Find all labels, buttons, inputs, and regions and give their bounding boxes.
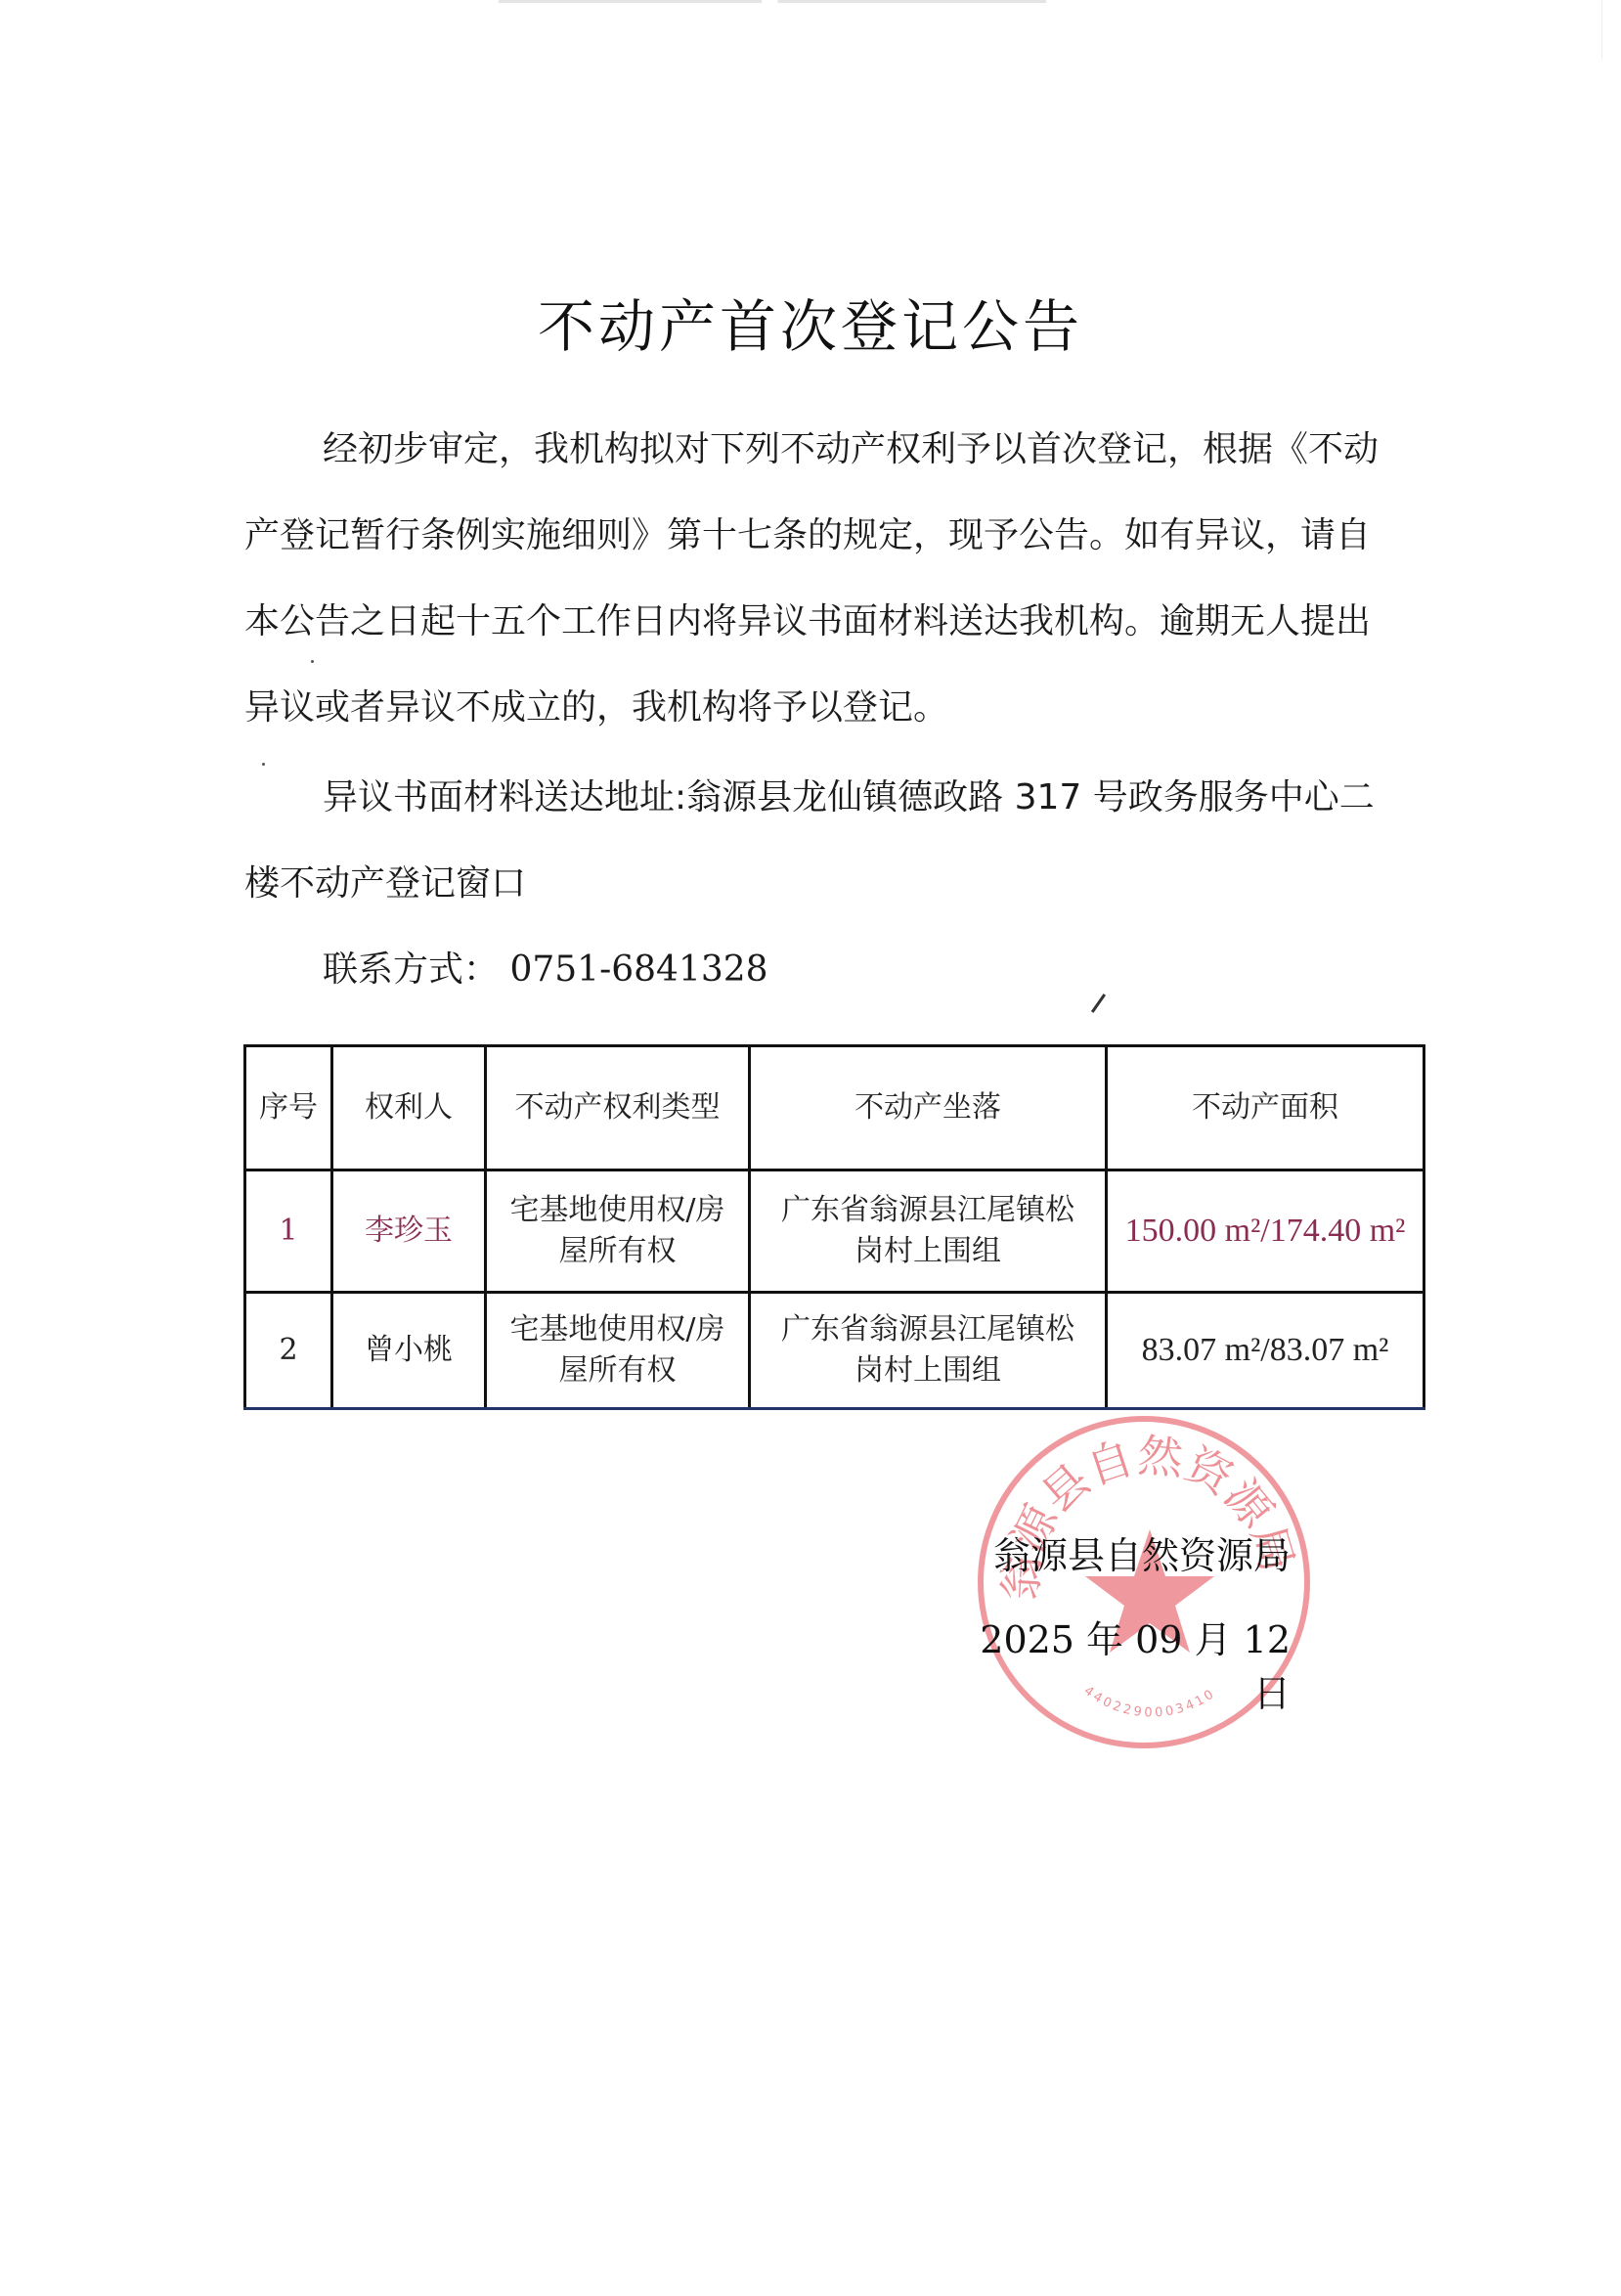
header-right-type: 不动产权利类型 <box>486 1046 750 1170</box>
cell-index: 1 <box>245 1170 332 1293</box>
intro-paragraph: 经初步审定，我机构拟对下列不动产权利予以首次登记，根据《不动产登记暂行条例实施细… <box>244 407 1379 751</box>
table-header-row: 序号 权利人 不动产权利类型 不动产坐落 不动产面积 <box>245 1046 1424 1170</box>
scan-edge-mark <box>499 0 1046 3</box>
contact-paragraph: 联系方式： 0751-6841328 <box>244 927 1379 1013</box>
address-paragraph: 异议书面材料送达地址:翁源县龙仙镇德政路 317 号政务服务中心二楼不动产登记窗… <box>244 755 1379 927</box>
registration-table: 序号 权利人 不动产权利类型 不动产坐落 不动产面积 1 李珍玉 宅基地使用权/… <box>243 1044 1425 1410</box>
cell-owner: 曾小桃 <box>332 1293 486 1409</box>
contact-label: 联系方式： <box>323 949 499 990</box>
location-text: 广东省翁源县江尾镇松岗村上围组 <box>781 1309 1074 1391</box>
cell-area: 83.07 m²/83.07 m² <box>1107 1293 1424 1409</box>
header-index: 序号 <box>245 1046 332 1170</box>
address-text: 异议书面材料送达地址:翁源县龙仙镇德政路 317 号政务服务中心二楼不动产登记窗… <box>244 777 1375 904</box>
right-type-text: 宅基地使用权/房屋所有权 <box>505 1309 730 1391</box>
header-area: 不动产面积 <box>1107 1046 1424 1170</box>
right-type-text: 宅基地使用权/房屋所有权 <box>505 1190 730 1272</box>
location-text: 广东省翁源县江尾镇松岗村上围组 <box>781 1190 1074 1272</box>
cell-right-type: 宅基地使用权/房屋所有权 <box>486 1293 750 1409</box>
document-title: 不动产首次登记公告 <box>0 281 1621 363</box>
table-row: 2 曾小桃 宅基地使用权/房屋所有权 广东省翁源县江尾镇松岗村上围组 83.07… <box>245 1293 1424 1409</box>
intro-text: 经初步审定，我机构拟对下列不动产权利予以首次登记，根据《不动产登记暂行条例实施细… <box>244 429 1379 728</box>
cell-right-type: 宅基地使用权/房屋所有权 <box>486 1170 750 1293</box>
issuing-organization: 翁源县自然资源局 <box>939 1525 1291 1579</box>
cell-index: 2 <box>245 1293 332 1409</box>
scan-line-mark <box>1601 0 1602 59</box>
cell-location: 广东省翁源县江尾镇松岗村上围组 <box>750 1170 1107 1293</box>
cell-location: 广东省翁源县江尾镇松岗村上围组 <box>750 1293 1107 1409</box>
stray-dot-mark <box>311 660 314 663</box>
cell-owner: 李珍玉 <box>332 1170 486 1293</box>
cell-area: 150.00 m²/174.40 m² <box>1107 1170 1424 1293</box>
issue-date: 2025 年 09 月 12 日 <box>939 1610 1291 1717</box>
document-page: 不动产首次登记公告 经初步审定，我机构拟对下列不动产权利予以首次登记，根据《不动… <box>0 0 1621 2296</box>
stray-dot-mark <box>262 763 265 766</box>
contact-phone: 0751-6841328 <box>509 949 767 990</box>
header-owner: 权利人 <box>332 1046 486 1170</box>
table-row: 1 李珍玉 宅基地使用权/房屋所有权 广东省翁源县江尾镇松岗村上围组 150.0… <box>245 1170 1424 1293</box>
header-location: 不动产坐落 <box>750 1046 1107 1170</box>
